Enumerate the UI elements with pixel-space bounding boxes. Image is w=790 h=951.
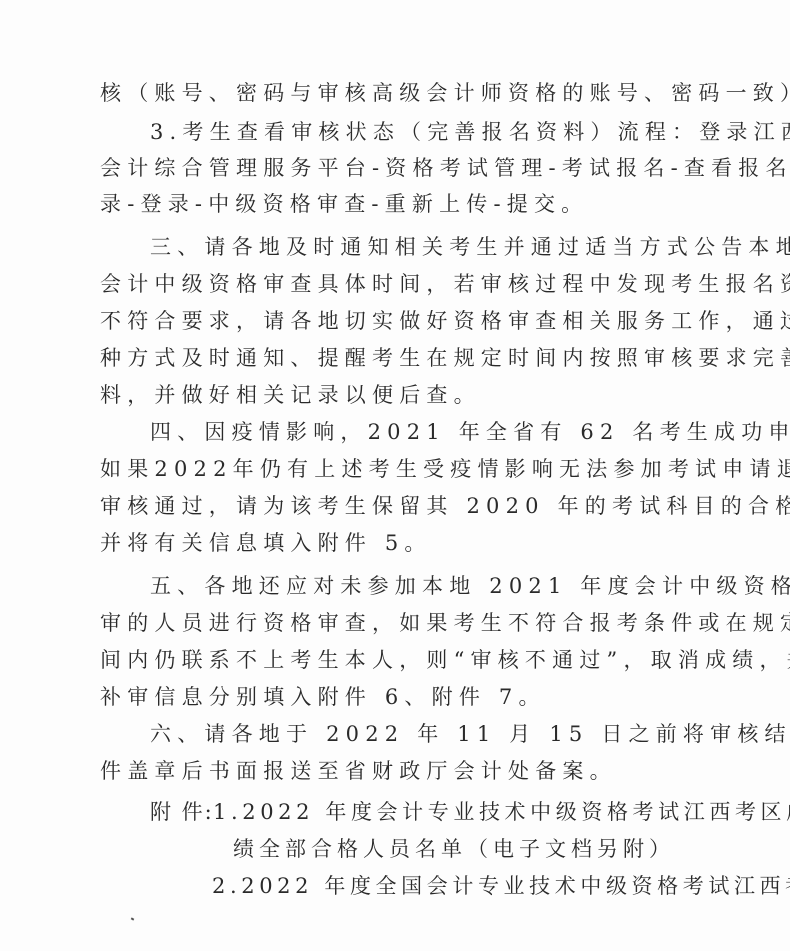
attachment-item-1: 1.2022 年度会计专业技术中级资格考试江西考区成 <box>213 798 790 826</box>
paragraph-line: 录-登录-中级资格审查-重新上传-提交。 <box>100 190 690 218</box>
section-six-line: 六、请各地于 2022 年 11 月 15 日之前将审核结果报告及附 <box>150 720 740 748</box>
paragraph-line: 补审信息分别填入附件 6、附件 7。 <box>100 683 690 711</box>
section-five-line: 五、各地还应对未参加本地 2021 年度会计中级资格考试后 <box>150 572 740 600</box>
paragraph-line: 间内仍联系不上考生本人，则“审核不通过”，取消成绩，并将 <box>100 646 690 674</box>
paragraph-line: 审的人员进行资格审查，如果考生不符合报考条件或在规定时 <box>100 609 690 637</box>
paragraph-line: 会计中级资格审查具体时间，若审核过程中发现考生报名资料 <box>100 270 690 298</box>
attachment-item-1-continuation: 绩全部合格人员名单（电子文档另附） <box>233 835 790 863</box>
section-three-line: 三、请各地及时通知相关考生并通过适当方式公告本地区 <box>150 233 740 261</box>
paragraph-line: 如果2022年仍有上述考生受疫情影响无法参加考试申请退费并 <box>100 455 690 483</box>
paragraph-line: 并将有关信息填入附件 5。 <box>100 529 690 557</box>
paragraph-line: 种方式及时通知、提醒考生在规定时间内按照审核要求完善资 <box>100 344 690 372</box>
attachment-item-2: 2.2022 年度全国会计专业技术中级资格考试江西考 <box>212 872 790 900</box>
paragraph-line: 核（账号、密码与审核高级会计师资格的账号、密码一致）。 <box>100 79 690 107</box>
paragraph-line: 3.考生查看审核状态（完善报名资料）流程：登录江西省 <box>150 118 740 146</box>
paragraph-line: 会计综合管理服务平台-资格考试管理-考试报名-查看报名记 <box>100 154 690 182</box>
paragraph-line: 审核通过，请为该考生保留其 2020 年的考试科目的合格成绩， <box>100 492 690 520</box>
document-page: 核（账号、密码与审核高级会计师资格的账号、密码一致）。 3.考生查看审核状态（完… <box>0 0 790 951</box>
paragraph-line: 不符合要求，请各地切实做好资格审查相关服务工作，通过多 <box>100 307 690 335</box>
scan-speck <box>131 917 135 920</box>
paragraph-line: 料，并做好相关记录以便后查。 <box>100 381 690 409</box>
section-four-line: 四、因疫情影响，2021 年全省有 62 名考生成功申请延考。 <box>150 418 740 446</box>
paragraph-line: 件盖章后书面报送至省财政厅会计处备案。 <box>100 757 690 785</box>
